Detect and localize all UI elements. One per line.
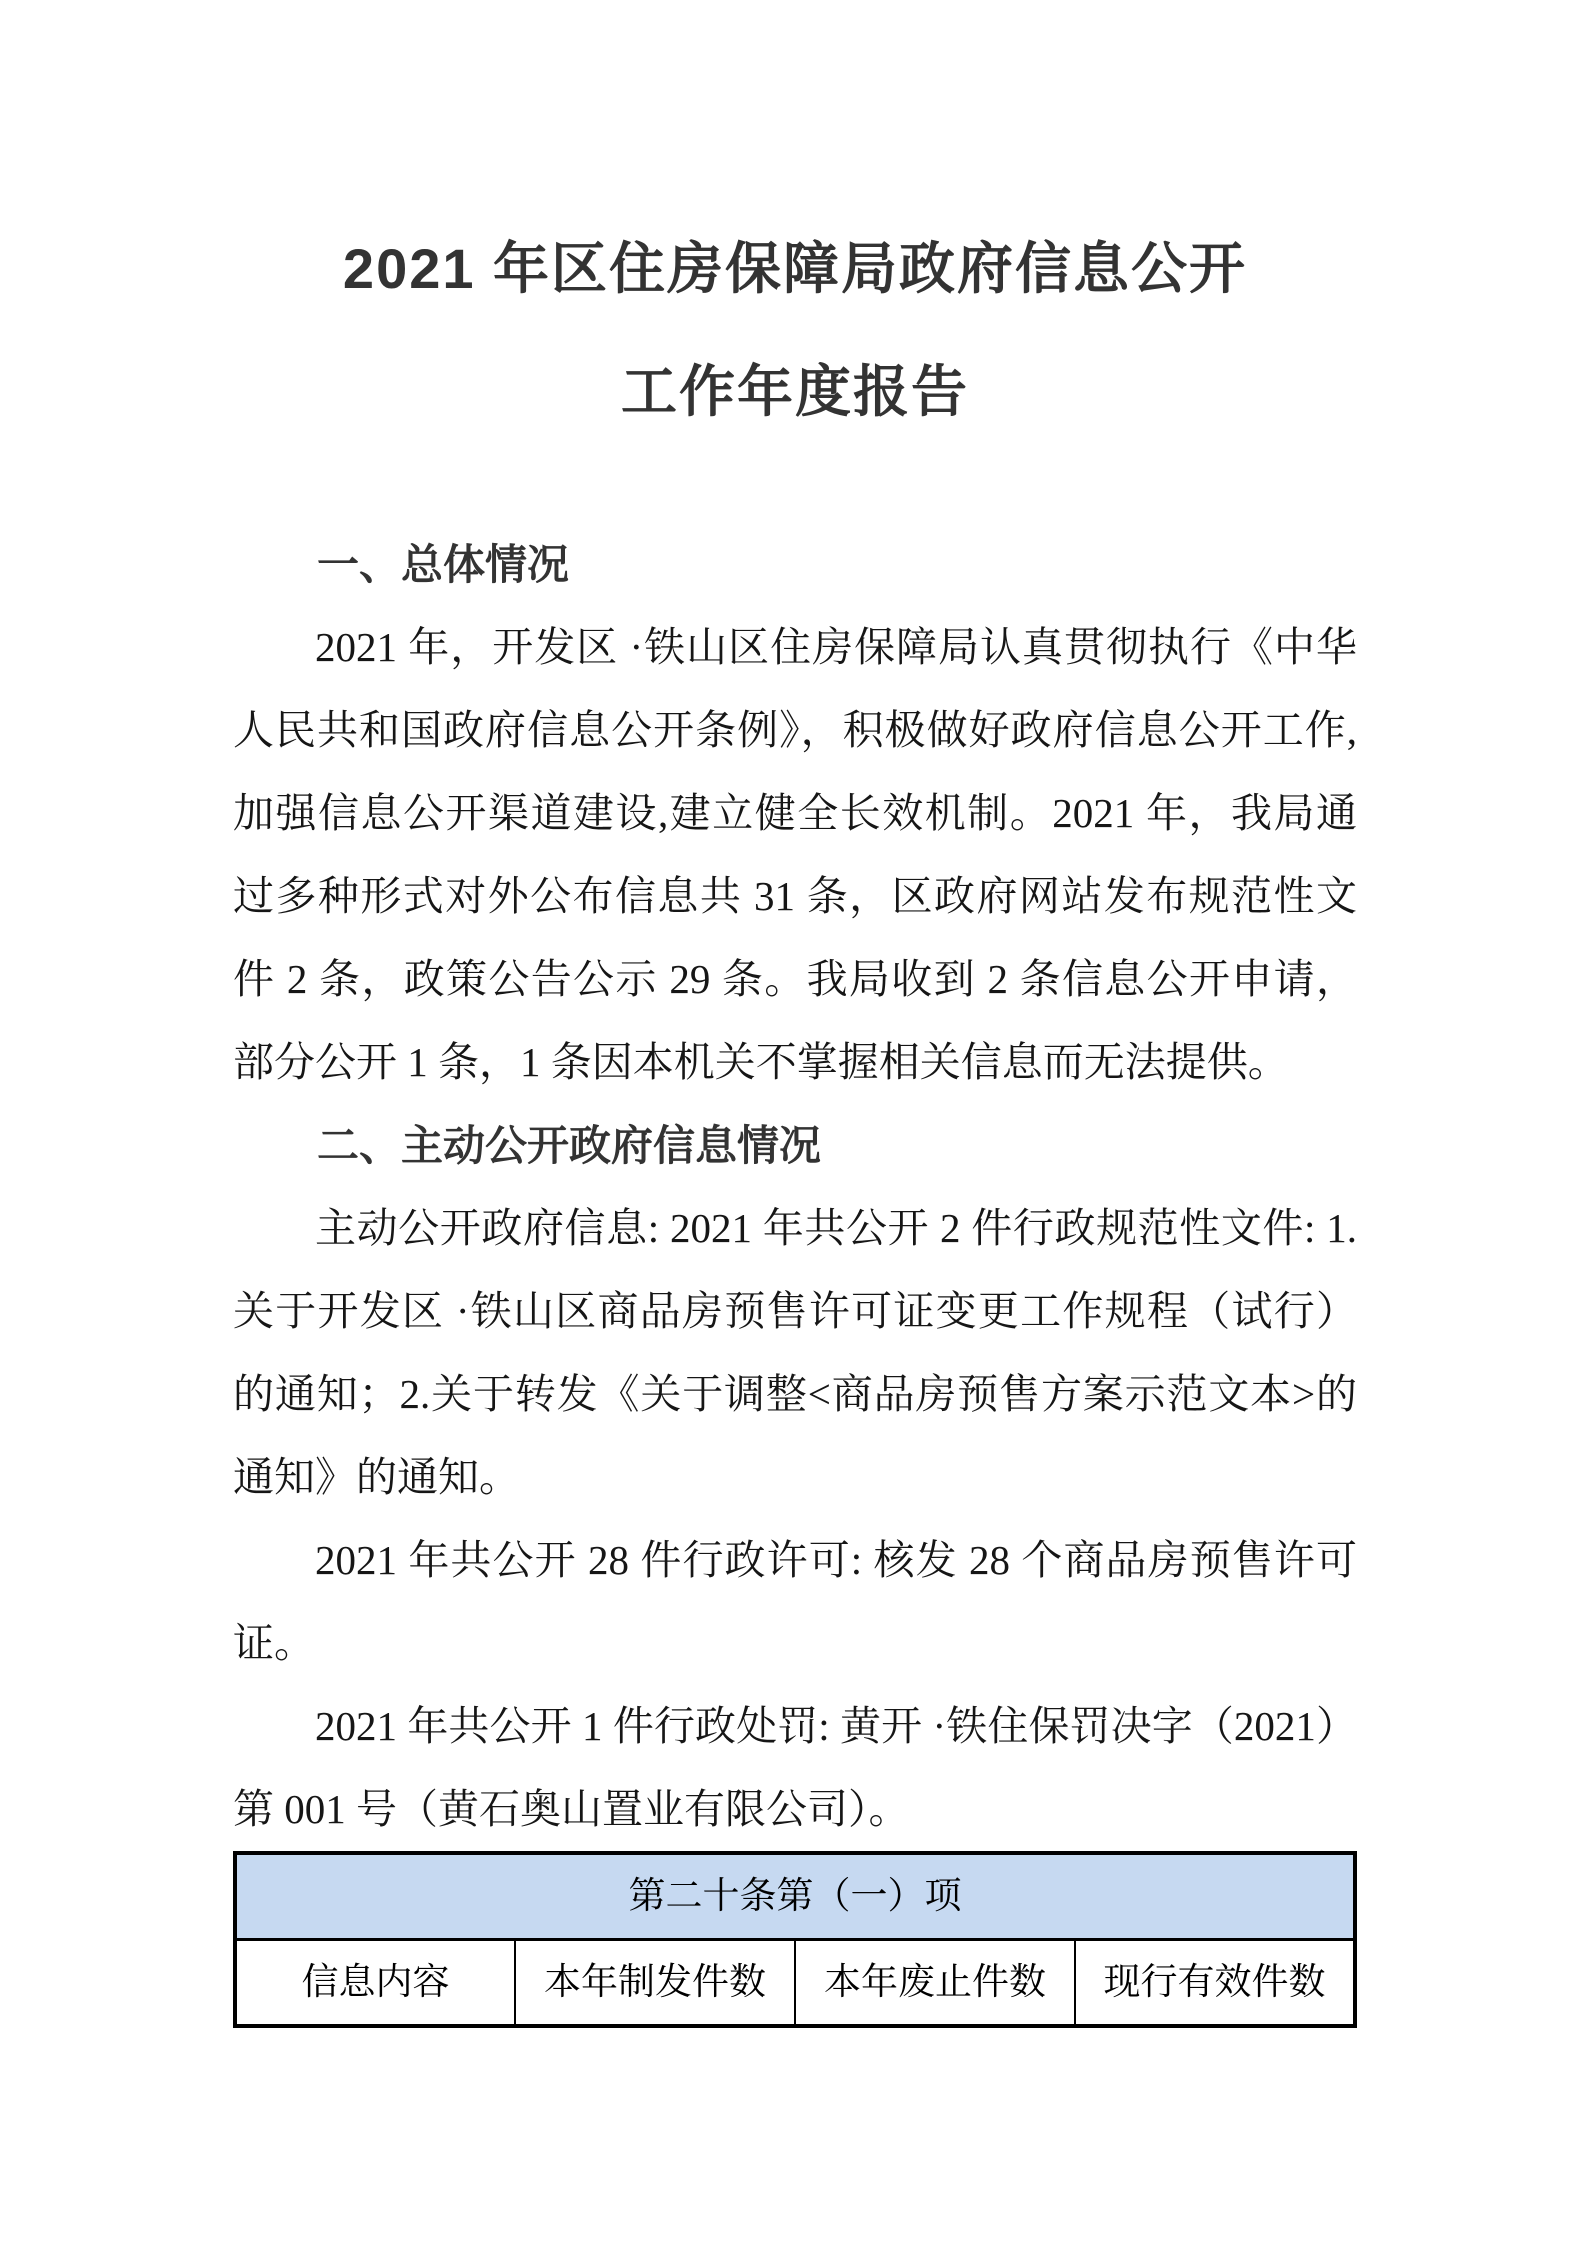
- document-title-line2: 工作年度报告: [233, 330, 1357, 453]
- document-title-line1: 2021 年区住房保障局政府信息公开: [233, 207, 1357, 330]
- section-2-heading: 二、主动公开政府信息情况: [233, 1104, 1357, 1187]
- table-column-header-row: 信息内容 本年制发件数 本年废止件数 现行有效件数: [235, 1940, 1355, 2027]
- section-2-paragraph-2: 2021 年共公开 28 件行政许可: 核发 28 个商品房预售许可证。: [233, 1519, 1357, 1685]
- column-header-currently-effective: 现行有效件数: [1075, 1940, 1355, 2027]
- table-section-header-row: 第二十条第（一）项: [235, 1853, 1355, 1940]
- section-2-paragraph-1: 主动公开政府信息: 2021 年共公开 2 件行政规范性文件: 1.关于开发区 …: [233, 1187, 1357, 1519]
- document-body: 一、总体情况 2021 年，开发区 ·铁山区住房保障局认真贯彻执行《中华人民共和…: [233, 523, 1357, 2028]
- column-header-info-content: 信息内容: [235, 1940, 515, 2027]
- statistics-table: 第二十条第（一）项 信息内容 本年制发件数 本年废止件数 现行有效件数: [233, 1851, 1357, 2028]
- section-1-heading: 一、总体情况: [233, 523, 1357, 606]
- column-header-abolished-this-year: 本年废止件数: [795, 1940, 1075, 2027]
- document-title: 2021 年区住房保障局政府信息公开 工作年度报告: [233, 207, 1357, 453]
- table-section-header-cell: 第二十条第（一）项: [235, 1853, 1355, 1940]
- column-header-issued-this-year: 本年制发件数: [515, 1940, 795, 2027]
- document-page: 2021 年区住房保障局政府信息公开 工作年度报告 一、总体情况 2021 年，…: [0, 0, 1587, 2245]
- section-1-paragraph-1: 2021 年，开发区 ·铁山区住房保障局认真贯彻执行《中华人民共和国政府信息公开…: [233, 606, 1357, 1104]
- section-2-paragraph-3: 2021 年共公开 1 件行政处罚: 黄开 ·铁住保罚决字（2021）第 001…: [233, 1685, 1357, 1851]
